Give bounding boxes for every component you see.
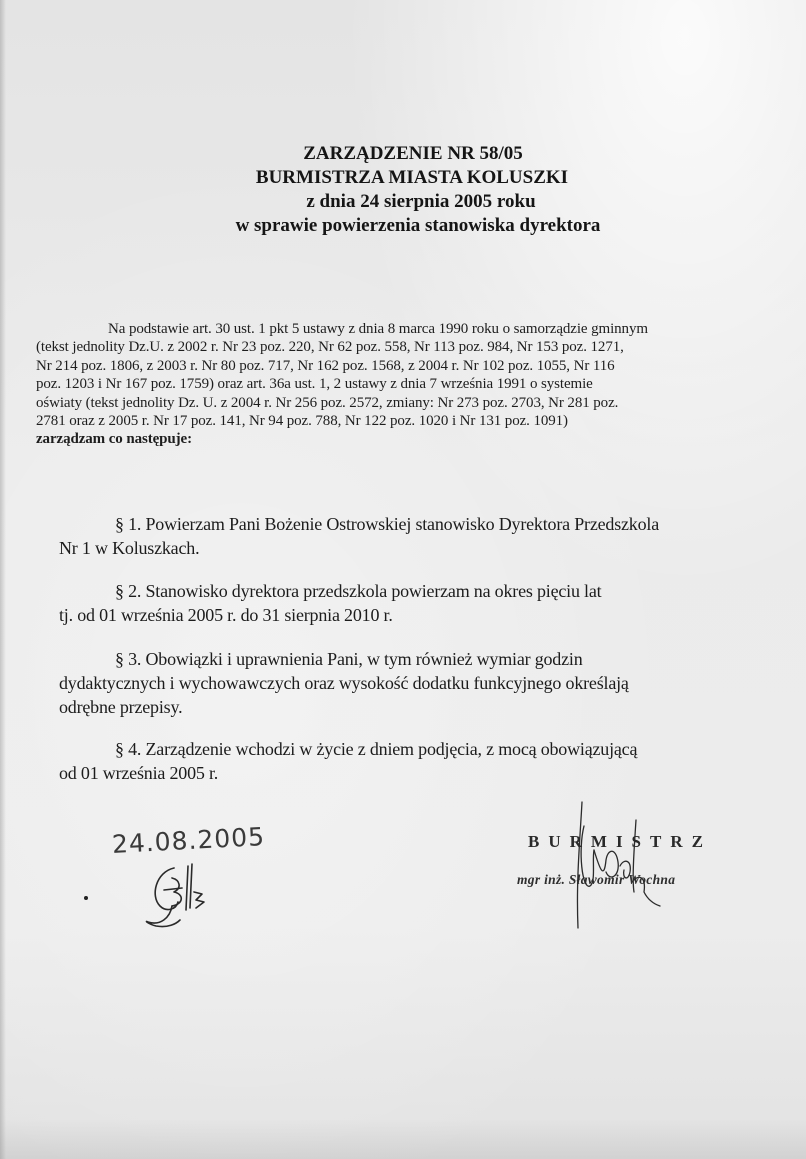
section-line: dydaktycznych i wychowawczych oraz wysok…	[59, 671, 779, 695]
section-line: § 3. Obowiązki i uprawnienia Pani, w tym…	[59, 647, 779, 671]
order-date: z dnia 24 sierpnia 2005 roku	[0, 190, 806, 214]
legal-basis-line: (tekst jednolity Dz.U. z 2002 r. Nr 23 p…	[36, 338, 788, 356]
order-subject: w sprawie powierzenia stanowiska dyrekto…	[0, 214, 806, 238]
legal-basis-line: 2781 oraz z 2005 r. Nr 17 poz. 141, Nr 9…	[36, 412, 788, 430]
decree-statement: zarządzam co następuje:	[36, 430, 788, 448]
section-line: od 01 września 2005 r.	[59, 761, 779, 785]
document-header: ZARZĄDZENIE NR 58/05 BURMISTRZA MIASTA K…	[0, 142, 806, 238]
section-line: Nr 1 w Koluszkach.	[59, 536, 779, 560]
handwritten-initials-icon	[142, 862, 232, 932]
legal-basis-line: poz. 1203 i Nr 167 poz. 1759) oraz art. …	[36, 375, 788, 393]
section-3: § 3. Obowiązki i uprawnienia Pani, w tym…	[59, 647, 779, 719]
legal-basis-line: oświaty (tekst jednolity Dz. U. z 2004 r…	[36, 394, 788, 412]
ink-dot	[84, 896, 88, 900]
legal-basis-line: Na podstawie art. 30 ust. 1 pkt 5 ustawy…	[36, 320, 788, 338]
issuer-title: BURMISTRZA MIASTA KOLUSZKI	[0, 166, 806, 190]
section-line: § 1. Powierzam Pani Bożenie Ostrowskiej …	[59, 512, 779, 536]
handwritten-date: 24.08.2005	[111, 822, 265, 859]
section-1: § 1. Powierzam Pani Bożenie Ostrowskiej …	[59, 512, 779, 560]
section-line: § 4. Zarządzenie wchodzi w życie z dniem…	[59, 737, 779, 761]
section-line: odrębne przepisy.	[59, 695, 779, 719]
section-2: § 2. Stanowisko dyrektora przedszkola po…	[59, 579, 779, 627]
legal-basis-line: Nr 214 poz. 1806, z 2003 r. Nr 80 poz. 7…	[36, 357, 788, 375]
section-line: § 2. Stanowisko dyrektora przedszkola po…	[59, 579, 779, 603]
page-bottom-shadow	[0, 1119, 806, 1159]
section-line: tj. od 01 września 2005 r. do 31 sierpni…	[59, 603, 779, 627]
handwritten-signature-icon	[560, 800, 670, 930]
section-4: § 4. Zarządzenie wchodzi w życie z dniem…	[59, 737, 779, 785]
order-number-title: ZARZĄDZENIE NR 58/05	[0, 142, 806, 166]
legal-basis-paragraph: Na podstawie art. 30 ust. 1 pkt 5 ustawy…	[36, 320, 788, 449]
